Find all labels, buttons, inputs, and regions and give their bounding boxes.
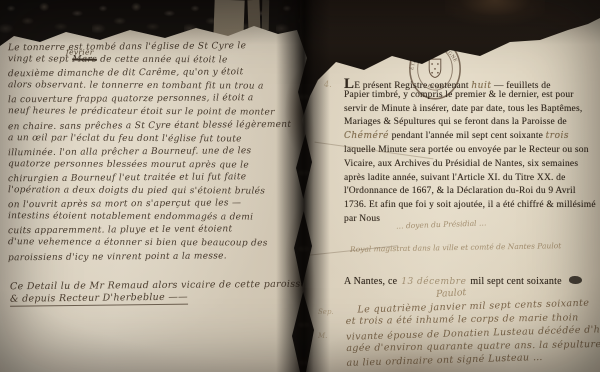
- thunder-account-entry: Le tonnerre est tombé dans l'église de S…: [8, 42, 304, 265]
- closing-line: & depuis Recteur D'herbeblue ——: [10, 292, 305, 307]
- signature: Paulot: [436, 287, 467, 300]
- handwritten-fill-annee: trois: [546, 131, 569, 141]
- print-line: Mariages & Sépultures qui se feront dans…: [344, 117, 596, 131]
- manuscript-line: paroissiens d'icy ne vinrent point a la …: [8, 250, 304, 266]
- burial-entry: Le quatrième janvier mil sept cents soix…: [345, 298, 600, 370]
- page-edge-sliver: [262, 0, 270, 30]
- notary-note: … doyen du Présidial …: [396, 218, 487, 230]
- print-line: LE présent Registre contenant huit — feu…: [344, 76, 596, 90]
- manuscript-text: de cette année qui étoit le: [100, 55, 228, 66]
- print-line: 1736. Et afin que foi y soit ajoutée, il…: [344, 200, 596, 214]
- print-line: l'Ordonnance de 1667, & la Déclaration d…: [344, 186, 596, 200]
- binding-gutter-shadow: [276, 0, 330, 372]
- handwritten-fill-paroisse: Chéméré: [344, 131, 389, 141]
- dateline-suffix: mil sept cent soixante: [470, 276, 561, 287]
- closing-note: Ce Detail lu de Mr Remaud alors vicaire …: [10, 280, 305, 306]
- inserted-word: février: [66, 48, 94, 57]
- underlined-text: & depuis Recteur D'herbeblue ——: [10, 292, 188, 307]
- ink-blot: [569, 276, 582, 284]
- background-wood-patch: [445, 0, 545, 30]
- manuscript-text: vingt et sept: [8, 54, 69, 64]
- left-manuscript-page: Le tonnerre est tombé dans l'église de S…: [0, 0, 312, 372]
- manuscript-lines: deuxième dimanche de dit Carême, qu'on y…: [8, 68, 304, 264]
- print-line: Vicaire, aux Archives du Présidial de Na…: [344, 159, 596, 173]
- print-line: servir de Minute à insérer, date par dat…: [344, 104, 596, 118]
- print-text: pendant l'année mil sept cent soixante: [392, 131, 544, 141]
- print-line: Chéméré pendant l'année mil sept cent so…: [344, 131, 596, 145]
- print-line: Papier timbré, y compris le premier & le…: [344, 90, 596, 104]
- dateline-prefix: A Nantes, ce: [344, 276, 397, 287]
- print-line: après ladite année, suivant l'Article XI…: [344, 173, 596, 187]
- manuscript-line: d'une vehemence a étonner si bien que be…: [8, 238, 304, 253]
- register-photograph: Le tonnerre est tombé dans l'église de S…: [0, 0, 600, 372]
- dateline-handwritten-date: 13 décembre: [401, 277, 466, 287]
